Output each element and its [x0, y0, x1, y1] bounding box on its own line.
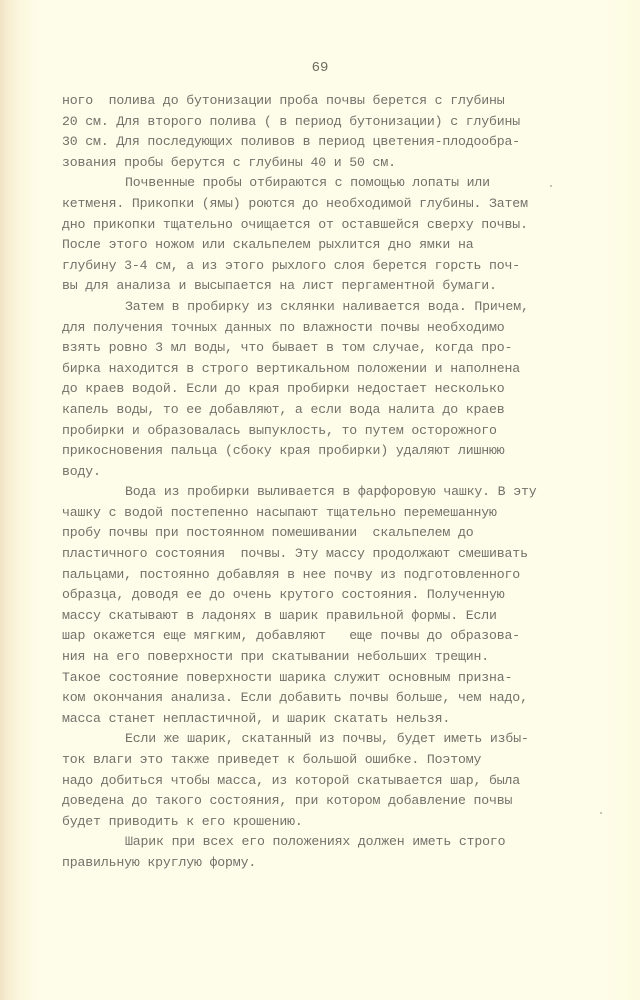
text-line: 20 см. Для второго полива ( в период бут…	[62, 112, 622, 133]
text-line: зования пробы берутся с глубины 40 и 50 …	[62, 153, 622, 174]
text-line: 30 см. Для последующих поливов в период …	[62, 132, 622, 153]
text-line: вы для анализа и высыпается на лист перг…	[62, 276, 622, 297]
scan-speck	[600, 812, 602, 814]
paragraph: Вода из пробирки выливается в фарфоровую…	[62, 482, 622, 729]
text-line: Шарик при всех его положениях должен име…	[62, 832, 622, 853]
paragraph: Почвенные пробы отбираются с помощью лоп…	[62, 173, 622, 297]
text-line: Такое состояние поверхности шарика служи…	[62, 668, 622, 689]
paragraph: Если же шарик, скатанный из почвы, будет…	[62, 729, 622, 832]
text-line: дно прикопки тщательно очищается от оста…	[62, 215, 622, 236]
text-line: правильную круглую форму.	[62, 853, 622, 874]
document-body: ного полива до бутонизации проба почвы б…	[62, 91, 622, 874]
text-line: пробу почвы при постоянном помешивании с…	[62, 523, 622, 544]
text-line: капель воды, то ее добавляют, а если вод…	[62, 400, 622, 421]
page-number: 69	[0, 60, 640, 76]
text-line: чашку с водой постепенно насыпают тщател…	[62, 503, 622, 524]
text-line: ного полива до бутонизации проба почвы б…	[62, 91, 622, 112]
paragraph: ного полива до бутонизации проба почвы б…	[62, 91, 622, 173]
text-line: Почвенные пробы отбираются с помощью лоп…	[62, 173, 622, 194]
text-line: пластичного состояния почвы. Эту массу п…	[62, 544, 622, 565]
text-line: Если же шарик, скатанный из почвы, будет…	[62, 729, 622, 750]
text-line: масса станет непластичной, и шарик ската…	[62, 709, 622, 730]
text-line: глубину 3-4 см, а из этого рыхлого слоя …	[62, 256, 622, 277]
text-line: надо добиться чтобы масса, из которой ск…	[62, 771, 622, 792]
text-line: шар окажется еще мягким, добавляют еще п…	[62, 626, 622, 647]
text-line: ком окончания анализа. Если добавить поч…	[62, 688, 622, 709]
text-line: пробирки и образовалась выпуклость, то п…	[62, 421, 622, 442]
text-line: ток влаги это также приведет к большой о…	[62, 750, 622, 771]
text-line: будет приводить к его крошению.	[62, 812, 622, 833]
text-line: воду.	[62, 462, 622, 483]
text-line: Вода из пробирки выливается в фарфоровую…	[62, 482, 622, 503]
text-line: взять ровно 3 мл воды, что бывает в том …	[62, 338, 622, 359]
text-line: для получения точных данных по влажности…	[62, 318, 622, 339]
text-line: После этого ножом или скальпелем рыхлитс…	[62, 235, 622, 256]
scanned-page: 69 ного полива до бутонизации проба почв…	[0, 0, 640, 1000]
text-line: ния на его поверхности при скатывании не…	[62, 647, 622, 668]
text-line: кетменя. Прикопки (ямы) роются до необхо…	[62, 194, 622, 215]
text-line: пальцами, постоянно добавляя в нее почву…	[62, 565, 622, 586]
paragraph: Затем в пробирку из склянки наливается в…	[62, 297, 622, 482]
text-line: образца, доводя ее до очень крутого сост…	[62, 585, 622, 606]
text-line: Затем в пробирку из склянки наливается в…	[62, 297, 622, 318]
text-line: прикосновения пальца (сбоку края пробирк…	[62, 441, 622, 462]
scan-speck	[550, 185, 552, 187]
text-line: бирка находится в строго вертикальном по…	[62, 359, 622, 380]
text-line: массу скатывают в ладонях в шарик правил…	[62, 606, 622, 627]
text-line: до краев водой. Если до края пробирки не…	[62, 379, 622, 400]
text-line: доведена до такого состояния, при которо…	[62, 791, 622, 812]
paragraph: Шарик при всех его положениях должен име…	[62, 832, 622, 873]
